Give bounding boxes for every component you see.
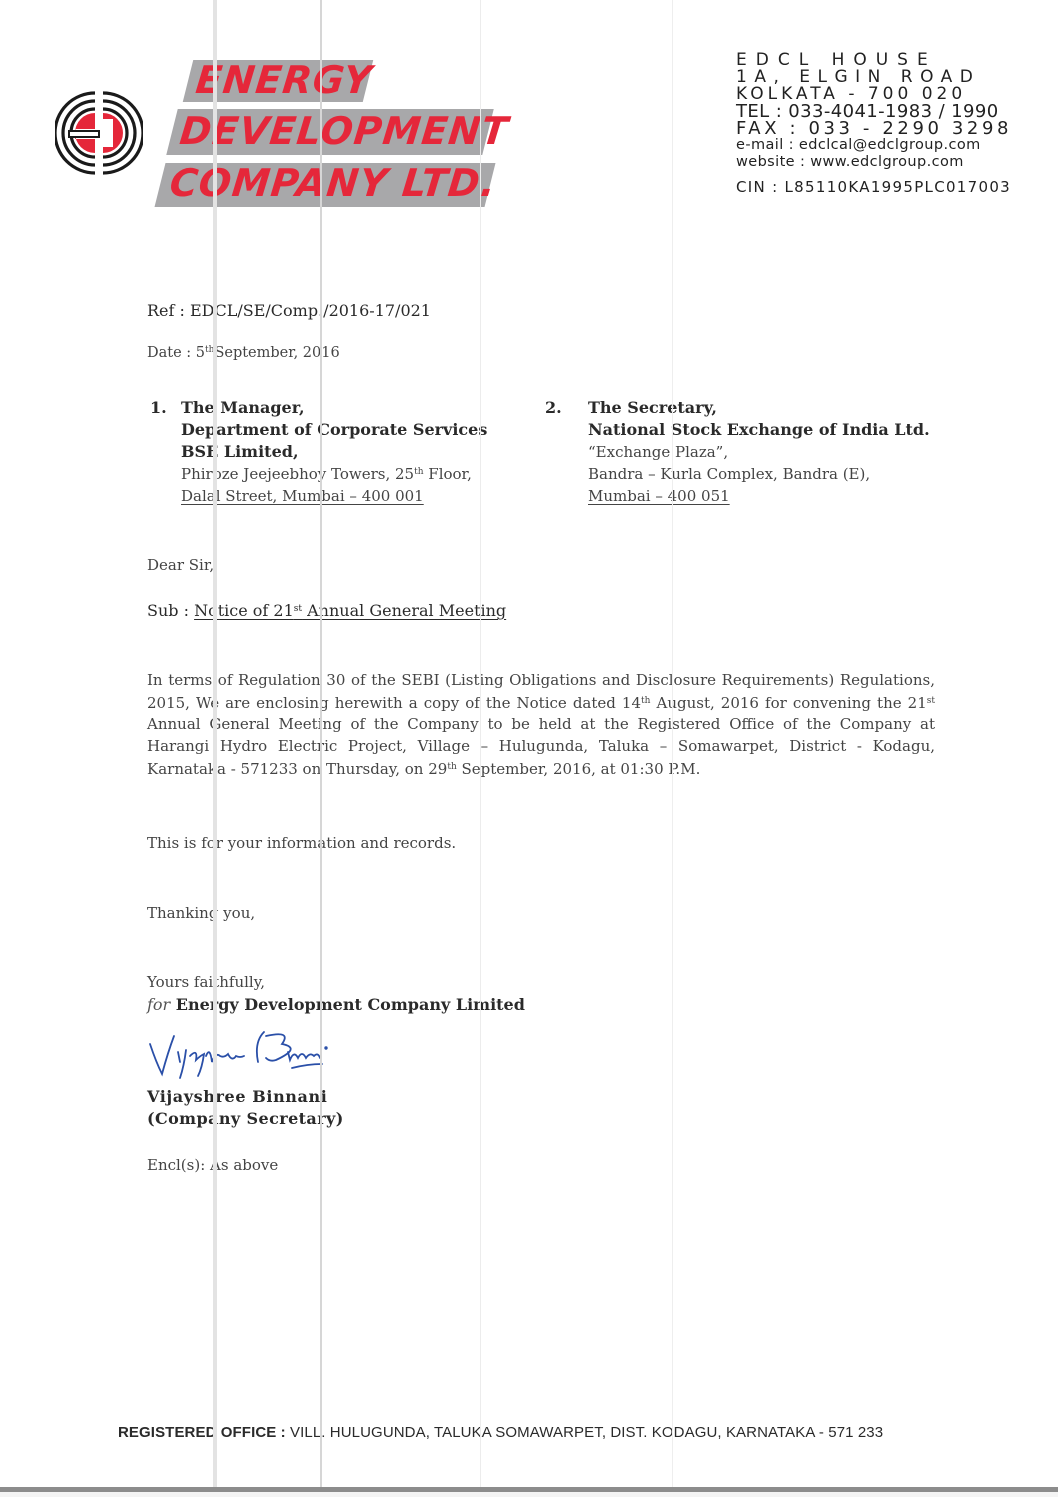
enclosure-line: Encl(s): As above — [147, 1156, 278, 1174]
company-name-line-1: ENERGY — [194, 58, 375, 102]
recipient-2-number: 2. — [545, 398, 562, 417]
recipient-1-address-1: Phiroze Jeejeebhoy Towers, 25th Floor, — [181, 465, 472, 483]
scan-bottom-edge-light — [0, 1492, 1058, 1497]
subject-text: Notice of 21st Annual General Meeting — [194, 601, 506, 620]
for-company-line: for Energy Development Company Limited — [147, 995, 525, 1014]
recipient-1-address-2: Dalal Street, Mumbai – 400 001 — [181, 487, 424, 505]
reference-number: Ref : EDCL/SE/Comp./2016-17/021 — [147, 301, 431, 320]
recipient-1-title: The Manager, — [181, 398, 305, 417]
address-fax: FAX : 033 - 2290 3298 — [736, 120, 1018, 137]
for-label: for — [147, 995, 170, 1014]
letter-date: Date : 5thSeptember, 2016 — [147, 345, 340, 361]
recipient-1-dept: Department of Corporate Services — [181, 420, 487, 439]
edcl-logo-icon — [55, 87, 143, 179]
recipient-2-address-1: “Exchange Plaza”, — [588, 443, 728, 461]
letterhead-address: EDCL HOUSE 1A, ELGIN ROAD KOLKATA - 700 … — [736, 52, 1018, 196]
body-part-4: September, 2016, at 01:30 P.M. — [457, 760, 701, 778]
body-sup-3: th — [447, 762, 456, 772]
address-cin: CIN : L85110KA1995PLC017003 — [736, 179, 1018, 196]
subject-post: Annual General Meeting — [302, 601, 506, 620]
subject-pre: Notice of 21 — [194, 601, 294, 620]
salutation: Dear Sir, — [147, 556, 214, 574]
recipient-2-title: The Secretary, — [588, 398, 717, 417]
addr1-sup: th — [414, 467, 423, 477]
info-line: This is for your information and records… — [147, 834, 456, 852]
signatory-title: (Company Secretary) — [147, 1109, 344, 1128]
address-email: e-mail : edclcal@edclgroup.com — [736, 137, 1018, 154]
addr1-text: Phiroze Jeejeebhoy Towers, 25 — [181, 465, 414, 483]
body-paragraph: In terms of Regulation 30 of the SEBI (L… — [147, 670, 935, 780]
recipient-1-org: BSE Limited, — [181, 442, 299, 461]
signatory-name: Vijayshree Binnani — [147, 1087, 327, 1106]
body-part-2: August, 2016 for convening the 21 — [650, 694, 926, 712]
recipient-2-org: National Stock Exchange of India Ltd. — [588, 420, 930, 439]
signature-icon — [142, 1022, 342, 1082]
subject-line: Sub : Notice of 21st Annual General Meet… — [147, 601, 506, 620]
company-name-line-3: COMPANY LTD. — [168, 161, 499, 205]
recipient-1-number: 1. — [150, 398, 167, 417]
closing-line: Yours faithfully, — [147, 973, 265, 991]
recipient-2-address-3: Mumbai – 400 051 — [588, 487, 730, 505]
company-name-line-2: DEVELOPMENT — [178, 109, 511, 153]
for-company-name: Energy Development Company Limited — [170, 995, 525, 1014]
footer-label: REGISTERED OFFICE : — [118, 1424, 290, 1441]
thanks-line: Thanking you, — [147, 904, 255, 922]
subject-label: Sub : — [147, 601, 194, 620]
date-rest: September, 2016 — [214, 345, 339, 361]
recipient-2-address-2: Bandra – Kurla Complex, Bandra (E), — [588, 465, 870, 483]
address-website: website : www.edclgroup.com — [736, 154, 1018, 171]
subject-sup: st — [294, 604, 302, 614]
body-sup-2: st — [927, 696, 935, 706]
addr1-post: Floor, — [424, 465, 472, 483]
registered-office-footer: REGISTERED OFFICE : VILL. HULUGUNDA, TAL… — [118, 1424, 883, 1441]
date-day: Date : 5 — [147, 345, 205, 361]
footer-address: VILL. HULUGUNDA, TALUKA SOMAWARPET, DIST… — [290, 1424, 883, 1441]
